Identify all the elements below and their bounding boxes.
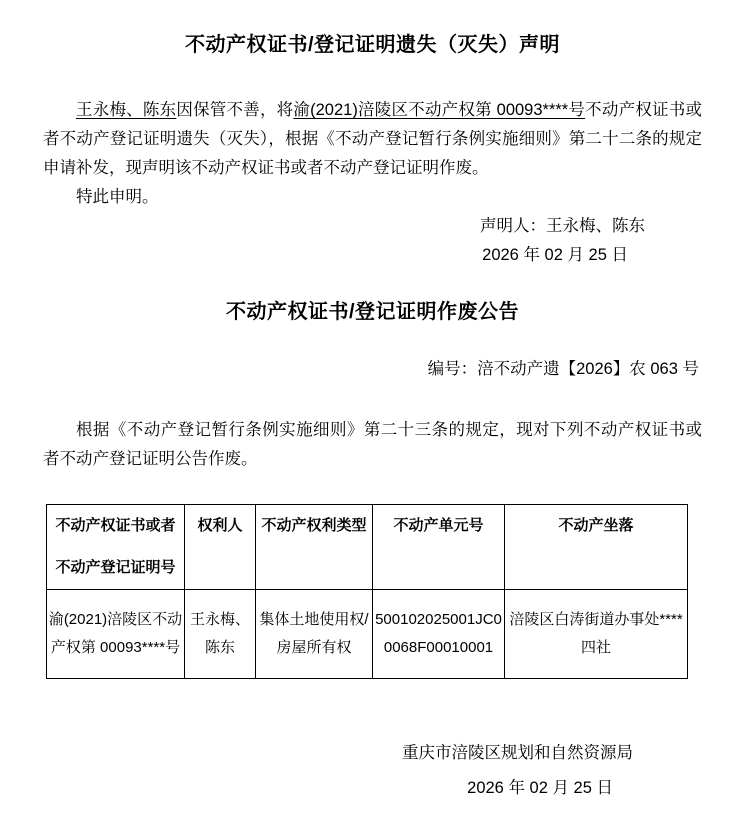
issuer-name: 重庆市涪陵区规划和自然资源局 bbox=[43, 739, 702, 768]
declarant-names: 王永梅、陈东 bbox=[76, 101, 176, 119]
table-header-row: 不动产权证书或者 不动产登记证明号 权利人 不动产权利类型 不动产单元号 不动产… bbox=[47, 505, 688, 590]
certificate-number: 渝(2021)涪陵区不动产权第 00093****号 bbox=[293, 101, 585, 119]
document-page: 不动产权证书/登记证明遗失（灭失）声明 王永梅、陈东因保管不善，将渝(2021)… bbox=[0, 0, 745, 834]
cell-location: 涪陵区白涛街道办事处****四社 bbox=[505, 590, 688, 679]
declaration-date: 2026 年 02 月 25 日 bbox=[43, 241, 702, 270]
cell-unit-no: 500102025001JC00068F00010001 bbox=[373, 590, 505, 679]
closing-statement: 特此申明。 bbox=[43, 183, 702, 212]
declaration-title: 不动产权证书/登记证明遗失（灭失）声明 bbox=[43, 0, 702, 57]
col-header-certificate-no: 不动产权证书或者 不动产登记证明号 bbox=[47, 505, 185, 590]
declaration-paragraph: 王永梅、陈东因保管不善，将渝(2021)涪陵区不动产权第 00093****号不… bbox=[43, 96, 702, 183]
col-header-location: 不动产坐落 bbox=[505, 505, 688, 590]
announcement-doc-number: 编号：涪不动产遗【2026】农 063 号 bbox=[43, 355, 702, 384]
col-header-unit-no: 不动产单元号 bbox=[373, 505, 505, 590]
table-row: 渝(2021)涪陵区不动产权第 00093****号 王永梅、陈东 集体土地使用… bbox=[47, 590, 688, 679]
cell-right-type: 集体土地使用权/房屋所有权 bbox=[256, 590, 373, 679]
invalidation-table: 不动产权证书或者 不动产登记证明号 权利人 不动产权利类型 不动产单元号 不动产… bbox=[46, 504, 688, 679]
cell-certificate-no: 渝(2021)涪陵区不动产权第 00093****号 bbox=[47, 590, 185, 679]
col-header-right-holder: 权利人 bbox=[185, 505, 256, 590]
cell-right-holder: 王永梅、陈东 bbox=[185, 590, 256, 679]
declaration-text-mid: 因保管不善，将 bbox=[176, 101, 293, 119]
col-header-right-type: 不动产权利类型 bbox=[256, 505, 373, 590]
declarant-signature-line: 声明人：王永梅、陈东 bbox=[43, 212, 702, 241]
announcement-intro: 根据《不动产登记暂行条例实施细则》第二十三条的规定，现对下列不动产权证书或者不动… bbox=[43, 416, 702, 474]
announcement-title: 不动产权证书/登记证明作废公告 bbox=[43, 300, 702, 324]
announcement-date: 2026 年 02 月 25 日 bbox=[43, 774, 702, 803]
